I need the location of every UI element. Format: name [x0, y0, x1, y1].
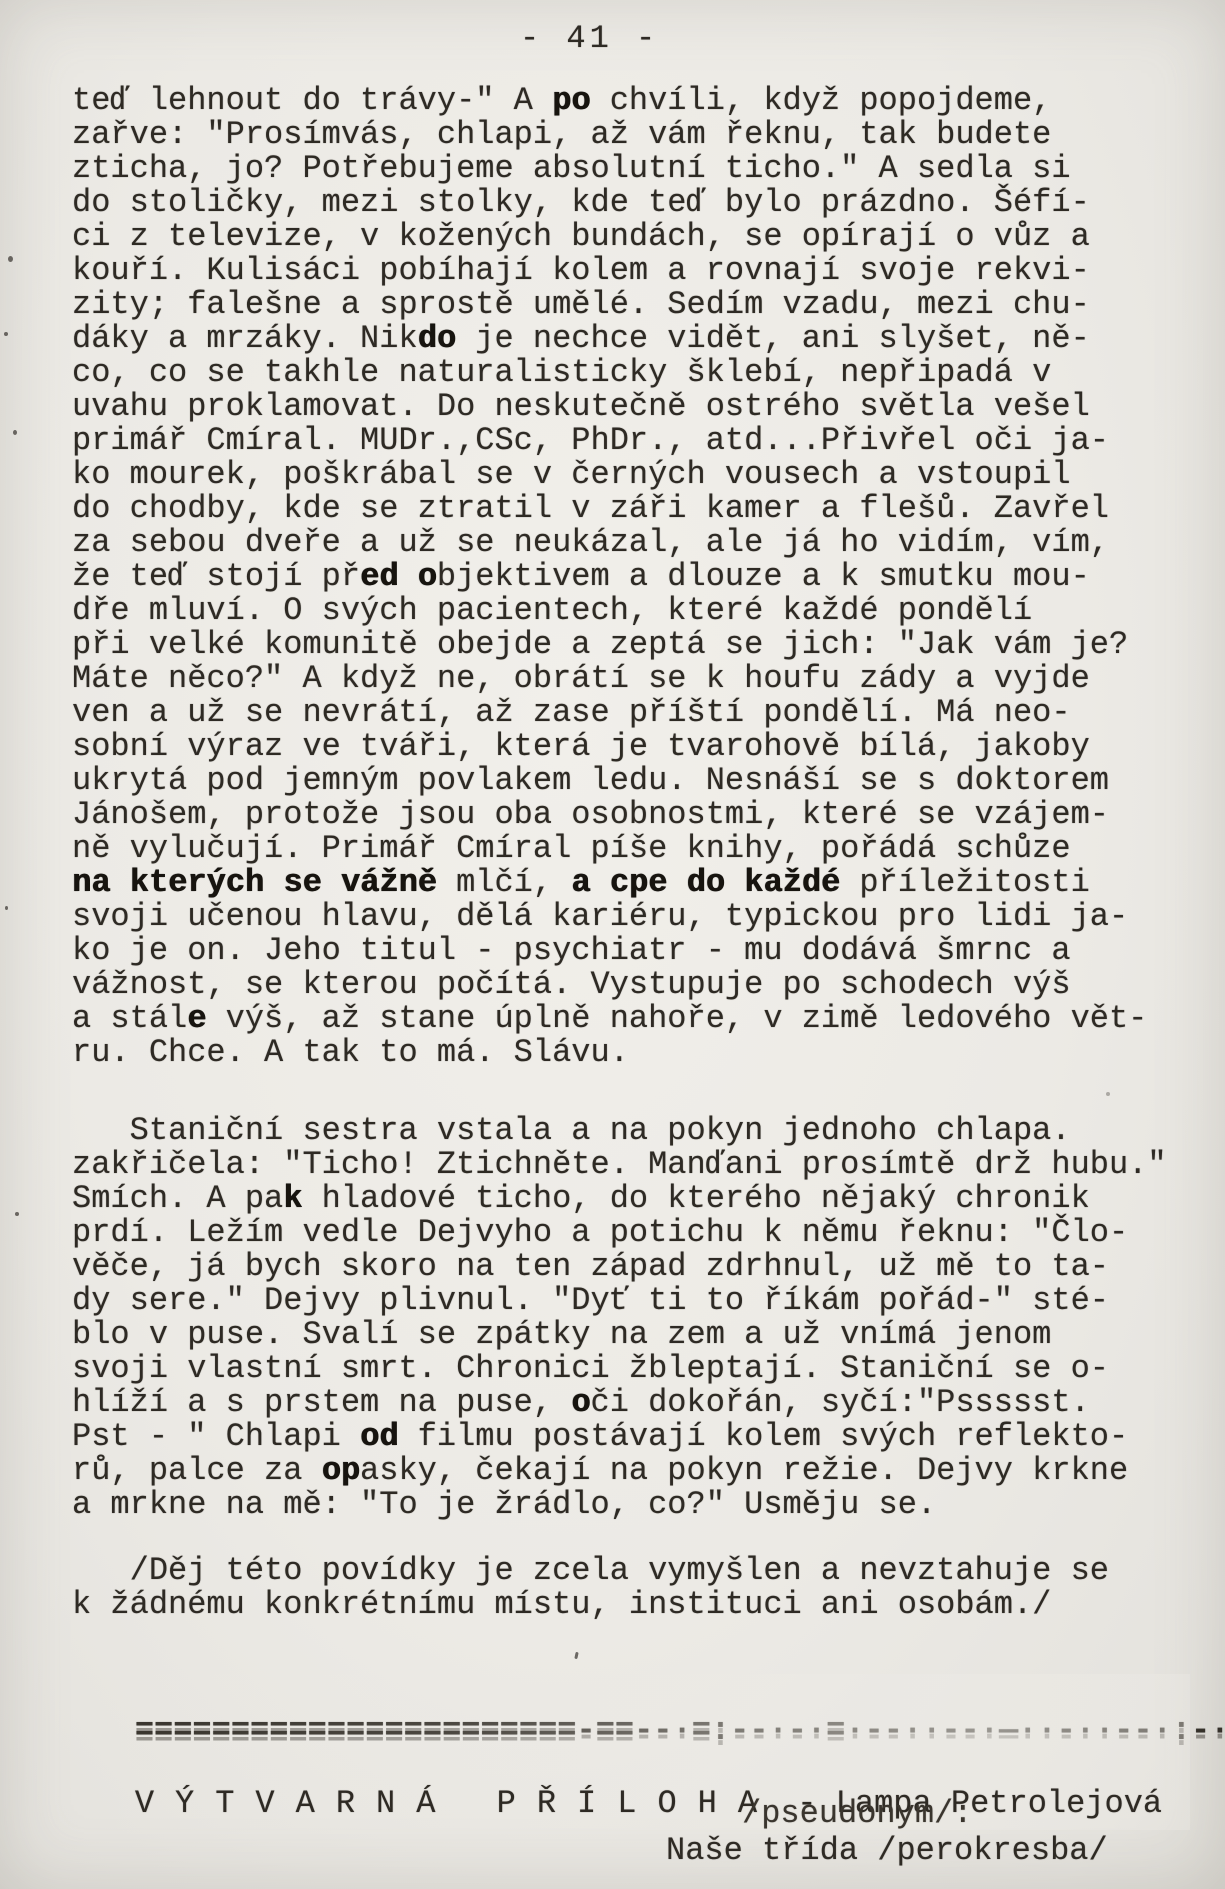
text-line: sobní výraz ve tváři, která je tvarohově… [72, 730, 1182, 764]
separator-glyphs: =======================-==--·=:--·-·=·--… [135, 1712, 1225, 1749]
text-line: /Děj této povídky je zcela vymyšlen a ne… [72, 1554, 1182, 1588]
text-line: ně vylučují. Primář Cmíral píše knihy, p… [72, 832, 1182, 866]
text-line: svoji vlastní smrt. Chronici žbleptají. … [72, 1352, 1182, 1386]
text-line: Smích. A pak hladové ticho, do kterého n… [72, 1182, 1182, 1216]
footer-title-spaced: VÝTVARNÁ PŘÍLOHA [135, 1785, 778, 1822]
text-line: zticha, jo? Potřebujeme absolutní ticho.… [72, 152, 1182, 186]
text-line: dáky a mrzáky. Nikdo je nechce vidět, an… [72, 322, 1182, 356]
text-line: na kterých se vážně mlčí, a cpe do každé… [72, 866, 1182, 900]
overtyped-text: k [283, 1180, 302, 1217]
scan-speck [8, 256, 13, 262]
overtyped-text: po [552, 82, 590, 119]
text-line: a mrkne na mě: "To je žrádlo, co?" Usměj… [72, 1488, 1182, 1522]
overtyped-text: op [322, 1452, 360, 1489]
text-line: k žádnému konkrétnímu místu, instituci a… [72, 1588, 1182, 1622]
text-line: ven a už se nevrátí, až zase příští pond… [72, 696, 1182, 730]
text-line: do chodby, kde se ztratil v záři kamer a… [72, 492, 1182, 526]
overtyped-text: o [571, 1384, 590, 1421]
overtyped-text: ed o [360, 558, 437, 595]
text-line: primář Cmíral. MUDr.,CSc, PhDr., atd...P… [72, 424, 1182, 458]
scan-speck [1106, 1092, 1110, 1096]
footer-pseudonym: /pseudonym/: [742, 1797, 972, 1831]
overtyped-text: a cpe do každé [571, 864, 840, 901]
text-line: hlíží a s prstem na puse, oči dokořán, s… [72, 1386, 1182, 1420]
text-line: zity; falešne a sprostě umělé. Sedím vza… [72, 288, 1182, 322]
text-line: Pst - " Chlapi od filmu postávají kolem … [72, 1420, 1182, 1454]
text-line: blo v puse. Svalí se zpátky na zem a už … [72, 1318, 1182, 1352]
text-line: zakřičela: "Ticho! Ztichněte. Manďani pr… [72, 1148, 1182, 1182]
text-line: a stále výš, až stane úplně nahoře, v zi… [72, 1002, 1182, 1036]
text-line: prdí. Ležím vedle Dejvyho a potichu k ně… [72, 1216, 1182, 1250]
scan-speck [4, 332, 8, 336]
text-line: vážnost, se kterou počítá. Vystupuje po … [72, 968, 1182, 1002]
overtyped-text: e [187, 1000, 206, 1037]
text-line: Máte něco?" A když ne, obrátí se k houfu… [72, 662, 1182, 696]
text-line: za sebou dveře a už se neukázal, ale já … [72, 526, 1182, 560]
paragraph: /Děj této povídky je zcela vymyšlen a ne… [72, 1554, 1182, 1622]
scan-speck [5, 906, 8, 910]
text-line: svoji učenou hlavu, dělá kariéru, typick… [72, 900, 1182, 934]
text-line: že teď stojí před objektivem a dlouze a … [72, 560, 1182, 594]
text-line: dře mluví. O svých pacientech, které kaž… [72, 594, 1182, 628]
text-line: kouří. Kulisáci pobíhají kolem a rovnají… [72, 254, 1182, 288]
page-number: - 41 - [520, 20, 659, 58]
paragraph: Staniční sestra vstala a na pokyn jednoh… [72, 1114, 1182, 1522]
text-line: uvahu proklamovat. Do neskutečně ostrého… [72, 390, 1182, 424]
text-line: do stoličky, mezi stolky, kde teď bylo p… [72, 186, 1182, 220]
scan-speck [574, 1652, 578, 1659]
text-line: věče, já bych skoro na ten západ zdrhnul… [72, 1250, 1182, 1284]
scanned-page: - 41 - teď lehnout do trávy-" A po chvíl… [0, 0, 1225, 1889]
overtyped-text: do [418, 320, 456, 357]
text-line: Jánošem, protože jsou oba osobnostmi, kt… [72, 798, 1182, 832]
body-text: teď lehnout do trávy-" A po chvíli, když… [72, 84, 1182, 1622]
paragraph: teď lehnout do trávy-" A po chvíli, když… [72, 84, 1182, 1070]
text-line: ko je on. Jeho titul - psychiatr - mu do… [72, 934, 1182, 968]
text-line: ci z televize, v kožených bundách, se op… [72, 220, 1182, 254]
scan-speck [15, 1212, 19, 1216]
text-line: ukrytá pod jemným povlakem ledu. Nesnáší… [72, 764, 1182, 798]
text-line: rů, palce za opasky, čekají na pokyn rež… [72, 1454, 1182, 1488]
text-line: dy sere." Dejvy plivnul. "Dyť ti to říká… [72, 1284, 1182, 1318]
text-line: ru. Chce. A tak to má. Slávu. [72, 1036, 1182, 1070]
overtyped-text: na kterých se vážně [72, 864, 437, 901]
overtyped-text: od [360, 1418, 398, 1455]
scan-speck [13, 430, 17, 435]
text-line: teď lehnout do trávy-" A po chvíli, když… [72, 84, 1182, 118]
text-line: co, co se takhle naturalisticky šklebí, … [72, 356, 1182, 390]
text-line: při velké komunitě obejde a zeptá se jic… [72, 628, 1182, 662]
text-line: ko mourek, poškrábal se v černých vousec… [72, 458, 1182, 492]
text-line: Staniční sestra vstala a na pokyn jednoh… [72, 1114, 1182, 1148]
text-line: zařve: "Prosímvás, chlapi, až vám řeknu,… [72, 118, 1182, 152]
footer-caption: Naše třída /perokresba/ [666, 1834, 1108, 1868]
